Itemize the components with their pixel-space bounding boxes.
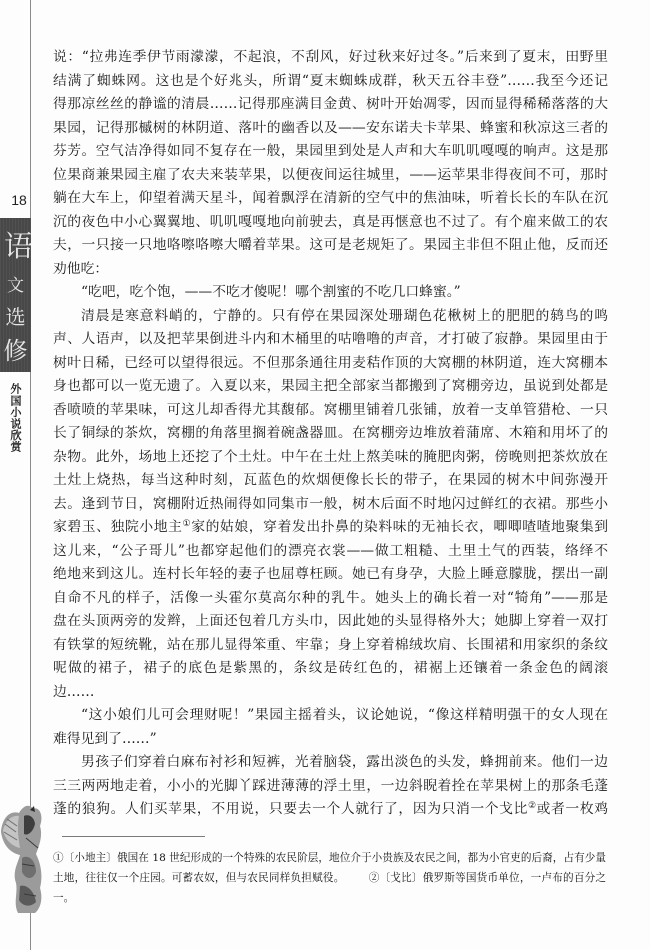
- text-line: 得那凉丝丝的静谧的清晨……记得那座满目金黄、树叶开始凋零，因而显得稀稀落落的大: [53, 93, 608, 117]
- footnote-term: 〔小地主〕: [64, 852, 117, 864]
- footnote-line: ①〔小地主〕俄国在 18 世纪形成的一个特殊的农民阶层，地位介于小贵族及农民之间…: [53, 848, 606, 868]
- text-line: 树叶日稀，已经可以望得很远。不但那条通往用麦秸作顶的大窝棚的林阴道，连大窝棚本: [53, 352, 608, 376]
- footnote-line: 土地，往往仅一个庄园。可蓄农奴，但与农民同样负担赋役。②〔戈比〕俄罗斯等国货币单…: [53, 868, 606, 888]
- text-line: 难得见到了……”: [53, 728, 608, 752]
- page-number: 18: [10, 192, 28, 208]
- series-title-char: 修: [0, 338, 31, 364]
- paragraph-start-line: 清晨是寒意料峭的，宁静的。只有停在果园深处珊瑚色花楸树上的肥肥的鸫鸟的鸣: [53, 305, 608, 329]
- paragraph-start-line: “这小娘们儿可会理财呢！”果园主摇着头，议论她说，“像这样精明强干的女人现在: [53, 704, 608, 728]
- footnote-text: 俄国在 18 世纪形成的一个特殊的农民阶层，地位介于小贵族及农民之间，都为小官吏…: [117, 852, 606, 864]
- statue-image: [0, 802, 44, 914]
- text-line: 去。逢到节日，窝棚附近热闹得如同集市一般，树木后面不时地闪过鲜红的衣裙。那些小: [53, 493, 608, 517]
- text-segment: 家的姑娘，穿着发出扑鼻的染料味的无袖长衣，唧唧喳喳地聚集到: [191, 519, 608, 535]
- quote-line: “吃吧，吃个饱，——不吃才傻呢！哪个割蜜的不吃几口蜂蜜。”: [53, 281, 608, 305]
- footnote-line: 一。: [53, 888, 606, 908]
- text-line: 位果商兼果园主雇了农夫来装苹果，以便夜间运往城里，——运苹果非得夜间不可，那时: [53, 164, 608, 188]
- text-line: 呢做的裙子，裙子的底色是紫黑的，条纹是砖红色的，裙裾上还镶着一条金色的阔滚: [53, 657, 608, 681]
- text-line: 边……: [53, 681, 608, 705]
- text-line: 夫，一只接一只地咯嚓咯嚓大嚼着苹果。这可是老规矩了。果园主非但不阻止他，反而还: [53, 234, 608, 258]
- text-segment: 或者一枚鸡: [537, 801, 608, 817]
- text-segment: 蓬的狼狗。人们买苹果，不用说，只要去一个人就行了，因为只消一个戈比: [53, 801, 528, 817]
- series-title-char: 语: [3, 230, 31, 262]
- text-line: 家碧玉、独院小地主①家的姑娘，穿着发出扑鼻的染料味的无袖长衣，唧唧喳喳地聚集到: [53, 516, 608, 540]
- text-line: 结满了蜘蛛网。这也是个好兆头，所谓“夏末蜘蛛成群，秋天五谷丰登”……我至今还记: [53, 70, 608, 94]
- text-line: 身也都可以一览无遗了。入夏以来，果园主把全部家当都搬到了窝棚旁边，虽说到处都是: [53, 375, 608, 399]
- text-line: 自命不凡的样子，活像一头霍尔莫高尔种的乳牛。她头上的确长着一对“犄角”——那是: [53, 587, 608, 611]
- footnote-marker: ①: [53, 852, 64, 864]
- footnotes: ①〔小地主〕俄国在 18 世纪形成的一个特殊的农民阶层，地位介于小贵族及农民之间…: [53, 848, 606, 908]
- paragraph-start-line: 男孩子们穿着白麻布衬衫和短裤，光着脑袋，露出淡色的头发，蜂拥前来。他们一边: [53, 751, 608, 775]
- text-segment: 家碧玉、独院小地主: [53, 519, 183, 535]
- series-title-char: 选: [0, 306, 31, 328]
- text-line: 盘在头顶两旁的发辫，上面还包着几方头巾，因此她的头显得格外大；她脚上穿着一双打: [53, 610, 608, 634]
- footnote-divider: [62, 836, 205, 837]
- footnote-term: 〔戈比〕: [380, 872, 423, 884]
- text-line: 有铁掌的短统靴，站在那儿显得笨重、牢靠；身上穿着棉绒坎肩、长围裙和用家织的条纹: [53, 634, 608, 658]
- footnote-marker-1: ①: [183, 519, 192, 529]
- book-title-vertical: 外国小说欣赏: [9, 383, 22, 453]
- footnote-marker: ②: [369, 872, 380, 884]
- text-line: 杂物。此外，场地上还挖了个土灶。中午在土灶上熬美味的腌肥肉粥，傍晚则把茶炊放在: [53, 446, 608, 470]
- text-line: 沉的夜色中小心翼翼地、叽叽嘎嘎地向前驶去，真是再惬意也不过了。有个雇来做工的农: [53, 211, 608, 235]
- text-line: 芬芳。空气洁净得如同不复存在一般，果园里到处是人声和大车叽叽嘎嘎的响声。这是那: [53, 140, 608, 164]
- body-text: 说：“拉弗连季伊节雨濛濛，不起浪，不刮风，好过秋来好过冬。”后来到了夏末，田野里…: [53, 46, 608, 822]
- series-title-block: 语 文 选 修: [0, 218, 31, 372]
- text-line: 香喷喷的苹果味，可这儿却香得尤其馥郁。窝棚里铺着几张铺，放着一支单管猎枪、一只: [53, 399, 608, 423]
- footnote-marker-2: ②: [528, 801, 537, 811]
- footnote-text: 俄罗斯等国货币单位，一卢布的百分之: [423, 872, 606, 884]
- text-line: 长了铜绿的茶炊，窝棚的角落里搁着碗盏器皿。在窝棚旁边堆放着蒲席、木箱和用坏了的: [53, 422, 608, 446]
- text-line: 这儿来，“公子哥儿”也都穿起他们的漂亮衣裳——做工粗糙、土里土气的西装，络绎不: [53, 540, 608, 564]
- text-line: 绝地来到这儿。连村长年轻的妻子也屈尊枉顾。她已有身孕，大脸上睡意朦胧，摆出一副: [53, 563, 608, 587]
- text-line: 果园，记得那槭树的林阴道、落叶的幽香以及——安东诺夫卡苹果、蜂蜜和秋凉这三者的: [53, 117, 608, 141]
- text-line: 土灶上烧热，每当这种时刻，瓦蓝色的炊烟便像长长的带子，在果园的树木中间弥漫开: [53, 469, 608, 493]
- text-line: 三三两两地走着，小小的光脚丫踩进薄薄的浮土里，一边斜睨着拴在苹果树上的那条毛蓬: [53, 775, 608, 799]
- text-line: 声、人语声，以及把苹果倒进斗内和木桶里的咕噜噜的声音，才打破了寂静。果园里由于: [53, 328, 608, 352]
- series-title-char: 文: [0, 276, 31, 296]
- text-line: 说：“拉弗连季伊节雨濛濛，不起浪，不刮风，好过秋来好过冬。”后来到了夏末，田野里: [53, 46, 608, 70]
- text-line: 蓬的狼狗。人们买苹果，不用说，只要去一个人就行了，因为只消一个戈比②或者一枚鸡: [53, 798, 608, 822]
- text-line: 躺在大车上，仰望着满天星斗，闻着飘浮在清新的空气中的焦油味，听着长长的车队在沉: [53, 187, 608, 211]
- text-line: 劝他吃：: [53, 258, 608, 282]
- footnote-text: 土地，往往仅一个庄园。可蓄农奴，但与农民同样负担赋役。: [53, 872, 345, 884]
